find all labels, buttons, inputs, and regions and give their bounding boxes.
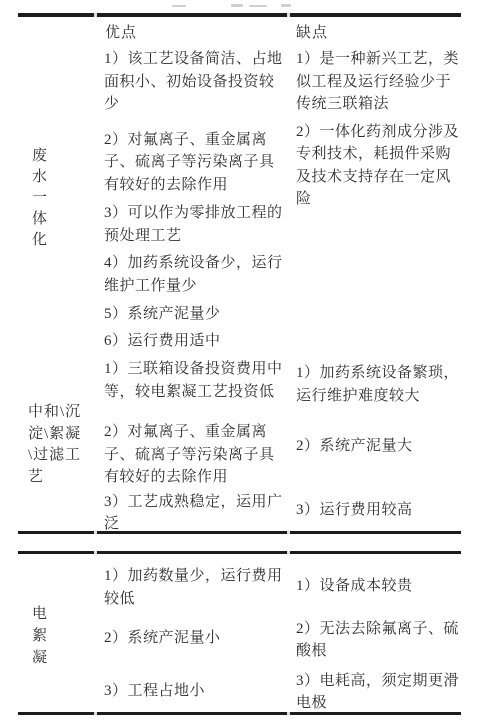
disadvantage-item: 2）系统产泥量大	[296, 435, 464, 458]
advantage-item: 2）对氟离子、重金属离 子、硫离子等污染离子具 有较好的去除作用	[104, 129, 288, 197]
advantage-item: 1）加药数量少，运行费用 较低	[104, 565, 288, 610]
row-label-neutralization-process: 中和\沉 淀\絮凝 \过滤工 艺	[28, 402, 84, 488]
column-divider-gap	[94, 531, 97, 534]
cell-row2-advantages: 1）三联箱设备投资费用中 等，较电絮凝工艺投资低 2）对氟离子、重金属离 子、硫…	[104, 358, 288, 536]
disadvantage-item: 3）运行费用较高	[296, 499, 464, 522]
cell-row1-disadvantages: 1）是一种新兴工艺，类 似工程及运行经验少于 传统三联箱法 2）一体化药剂成分涉…	[296, 48, 464, 211]
advantage-item: 3）可以作为零排放工程的 预处理工艺	[104, 202, 288, 247]
column-header-disadvantages: 缺点	[296, 21, 328, 42]
row-label-integrated-wastewater: 废 水 一 体 化	[32, 146, 48, 251]
column-divider-gap	[94, 13, 97, 17]
column-divider-gap	[287, 551, 290, 554]
cell-row1-advantages: 1）该工艺设备简洁、占地 面积小、初始设备投资较 少 2）对氟离子、重金属离 子…	[104, 48, 288, 352]
advantage-item: 3）工艺成熟稳定，运用广 泛	[104, 491, 288, 536]
row-label-electrocoagulation: 电 絮 凝	[32, 603, 48, 669]
cell-row3-disadvantages: 1）设备成本较贵 2）无法去除氟离子、硫 酸根 3）电耗高，须定期更滑 电极	[296, 575, 464, 715]
document-page: 优点 缺点 废 水 一 体 化 1）该工艺设备简洁、占地 面积小、初始设备投资较…	[0, 0, 500, 727]
advantage-item: 5）系统产泥量少	[104, 303, 288, 326]
advantage-item: 3）工程占地小	[104, 680, 288, 703]
scan-artifact	[231, 4, 243, 7]
advantage-item: 6）运行费用适中	[104, 330, 288, 353]
column-header-advantages: 优点	[105, 21, 137, 42]
disadvantage-item: 1）设备成本较贵	[296, 575, 464, 598]
table1-top-border	[18, 13, 461, 17]
disadvantage-item: 3）电耗高，须定期更滑 电极	[296, 670, 464, 715]
cell-row3-advantages: 1）加药数量少，运行费用 较低 2）系统产泥量小 3）工程占地小	[104, 565, 288, 702]
disadvantage-item: 2）无法去除氟离子、硫 酸根	[296, 618, 464, 663]
column-divider-gap	[94, 712, 97, 715]
scan-artifact	[249, 5, 267, 7]
advantage-item: 2）对氟离子、重金属离 子、硫离子等污染离子具 有较好的去除作用	[104, 421, 288, 489]
table2-bottom-border	[18, 712, 461, 715]
advantage-item: 1）该工艺设备简洁、占地 面积小、初始设备投资较 少	[104, 48, 288, 116]
advantage-item: 1）三联箱设备投资费用中 等，较电絮凝工艺投资低	[104, 358, 288, 403]
table2-top-border	[18, 551, 461, 554]
advantage-item: 4）加药系统设备少，运行 维护工作量少	[104, 252, 288, 297]
disadvantage-item: 1）是一种新兴工艺，类 似工程及运行经验少于 传统三联箱法	[296, 48, 464, 116]
cell-row2-disadvantages: 1）加药系统设备繁琐， 运行维护难度较大 2）系统产泥量大 3）运行费用较高	[296, 362, 464, 521]
column-divider-gap	[94, 551, 97, 554]
column-divider-gap	[287, 531, 290, 534]
scan-artifact	[281, 4, 291, 7]
disadvantage-item: 2）一体化药剂成分涉及 专利技术，耗损件采购 及技术支持存在一定风 险	[296, 121, 464, 211]
column-divider-gap	[287, 13, 290, 17]
advantage-item: 2）系统产泥量小	[104, 627, 288, 650]
scan-artifact	[172, 5, 186, 7]
disadvantage-item: 1）加药系统设备繁琐， 运行维护难度较大	[296, 362, 464, 407]
column-divider-gap	[287, 712, 290, 715]
table1-bottom-border	[18, 531, 461, 534]
